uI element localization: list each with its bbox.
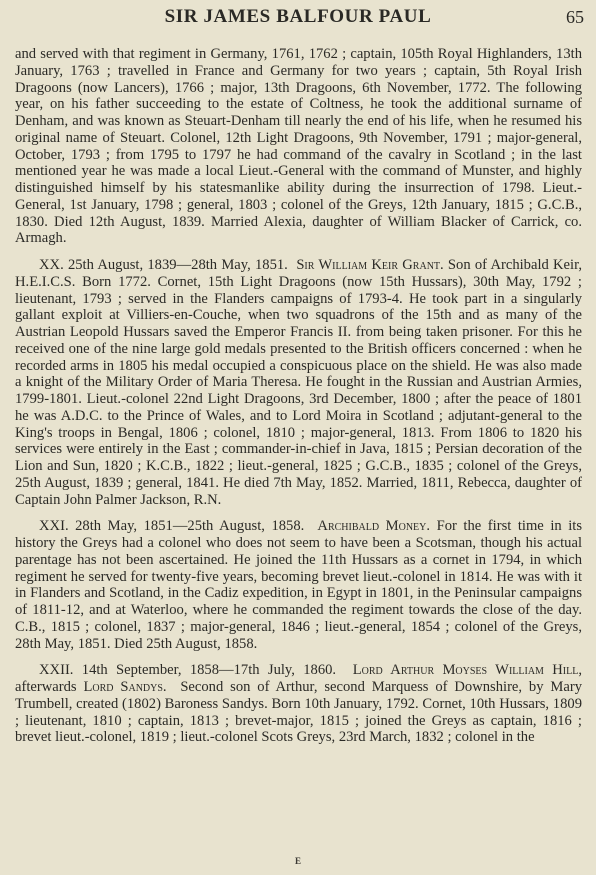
paragraph-xxi: XXI. 28th May, 1851—25th August, 1858. A… [15,518,582,652]
entry-connector: afterwards [15,679,77,695]
signature-mark: E [0,856,596,866]
book-page: SIR JAMES BALFOUR PAUL 65 and served wit… [0,0,596,875]
entry-name: Sir William Keir Grant. [296,257,443,273]
entry-text: For the first time in its history the Gr… [15,518,582,651]
entry-name: Lord Arthur Moyses William Hill, [353,662,582,678]
paragraph-xx: XX. 25th August, 1839—28th May, 1851. Si… [15,257,582,508]
running-head: SIR JAMES BALFOUR PAUL 65 [0,6,596,30]
entry-name-alt: Lord Sandys. [83,679,166,695]
entry-lead: XX. 25th August, 1839—28th May, 1851. [39,257,288,273]
page-number: 65 [566,7,584,28]
body-text: and served with that regiment in Germany… [15,46,582,746]
entry-name: Archibald Money. [317,518,430,534]
entry-lead: XXI. 28th May, 1851—25th August, 1858. [39,518,304,534]
entry-lead: XXII. 14th September, 1858—17th July, 18… [39,662,336,678]
page-title: SIR JAMES BALFOUR PAUL [0,6,596,28]
paragraph-xxii: XXII. 14th September, 1858—17th July, 18… [15,662,582,746]
entry-text: Son of Archibald Keir, H.E.I.C.S. Born 1… [15,257,582,508]
paragraph-continuation: and served with that regiment in Germany… [15,46,582,247]
